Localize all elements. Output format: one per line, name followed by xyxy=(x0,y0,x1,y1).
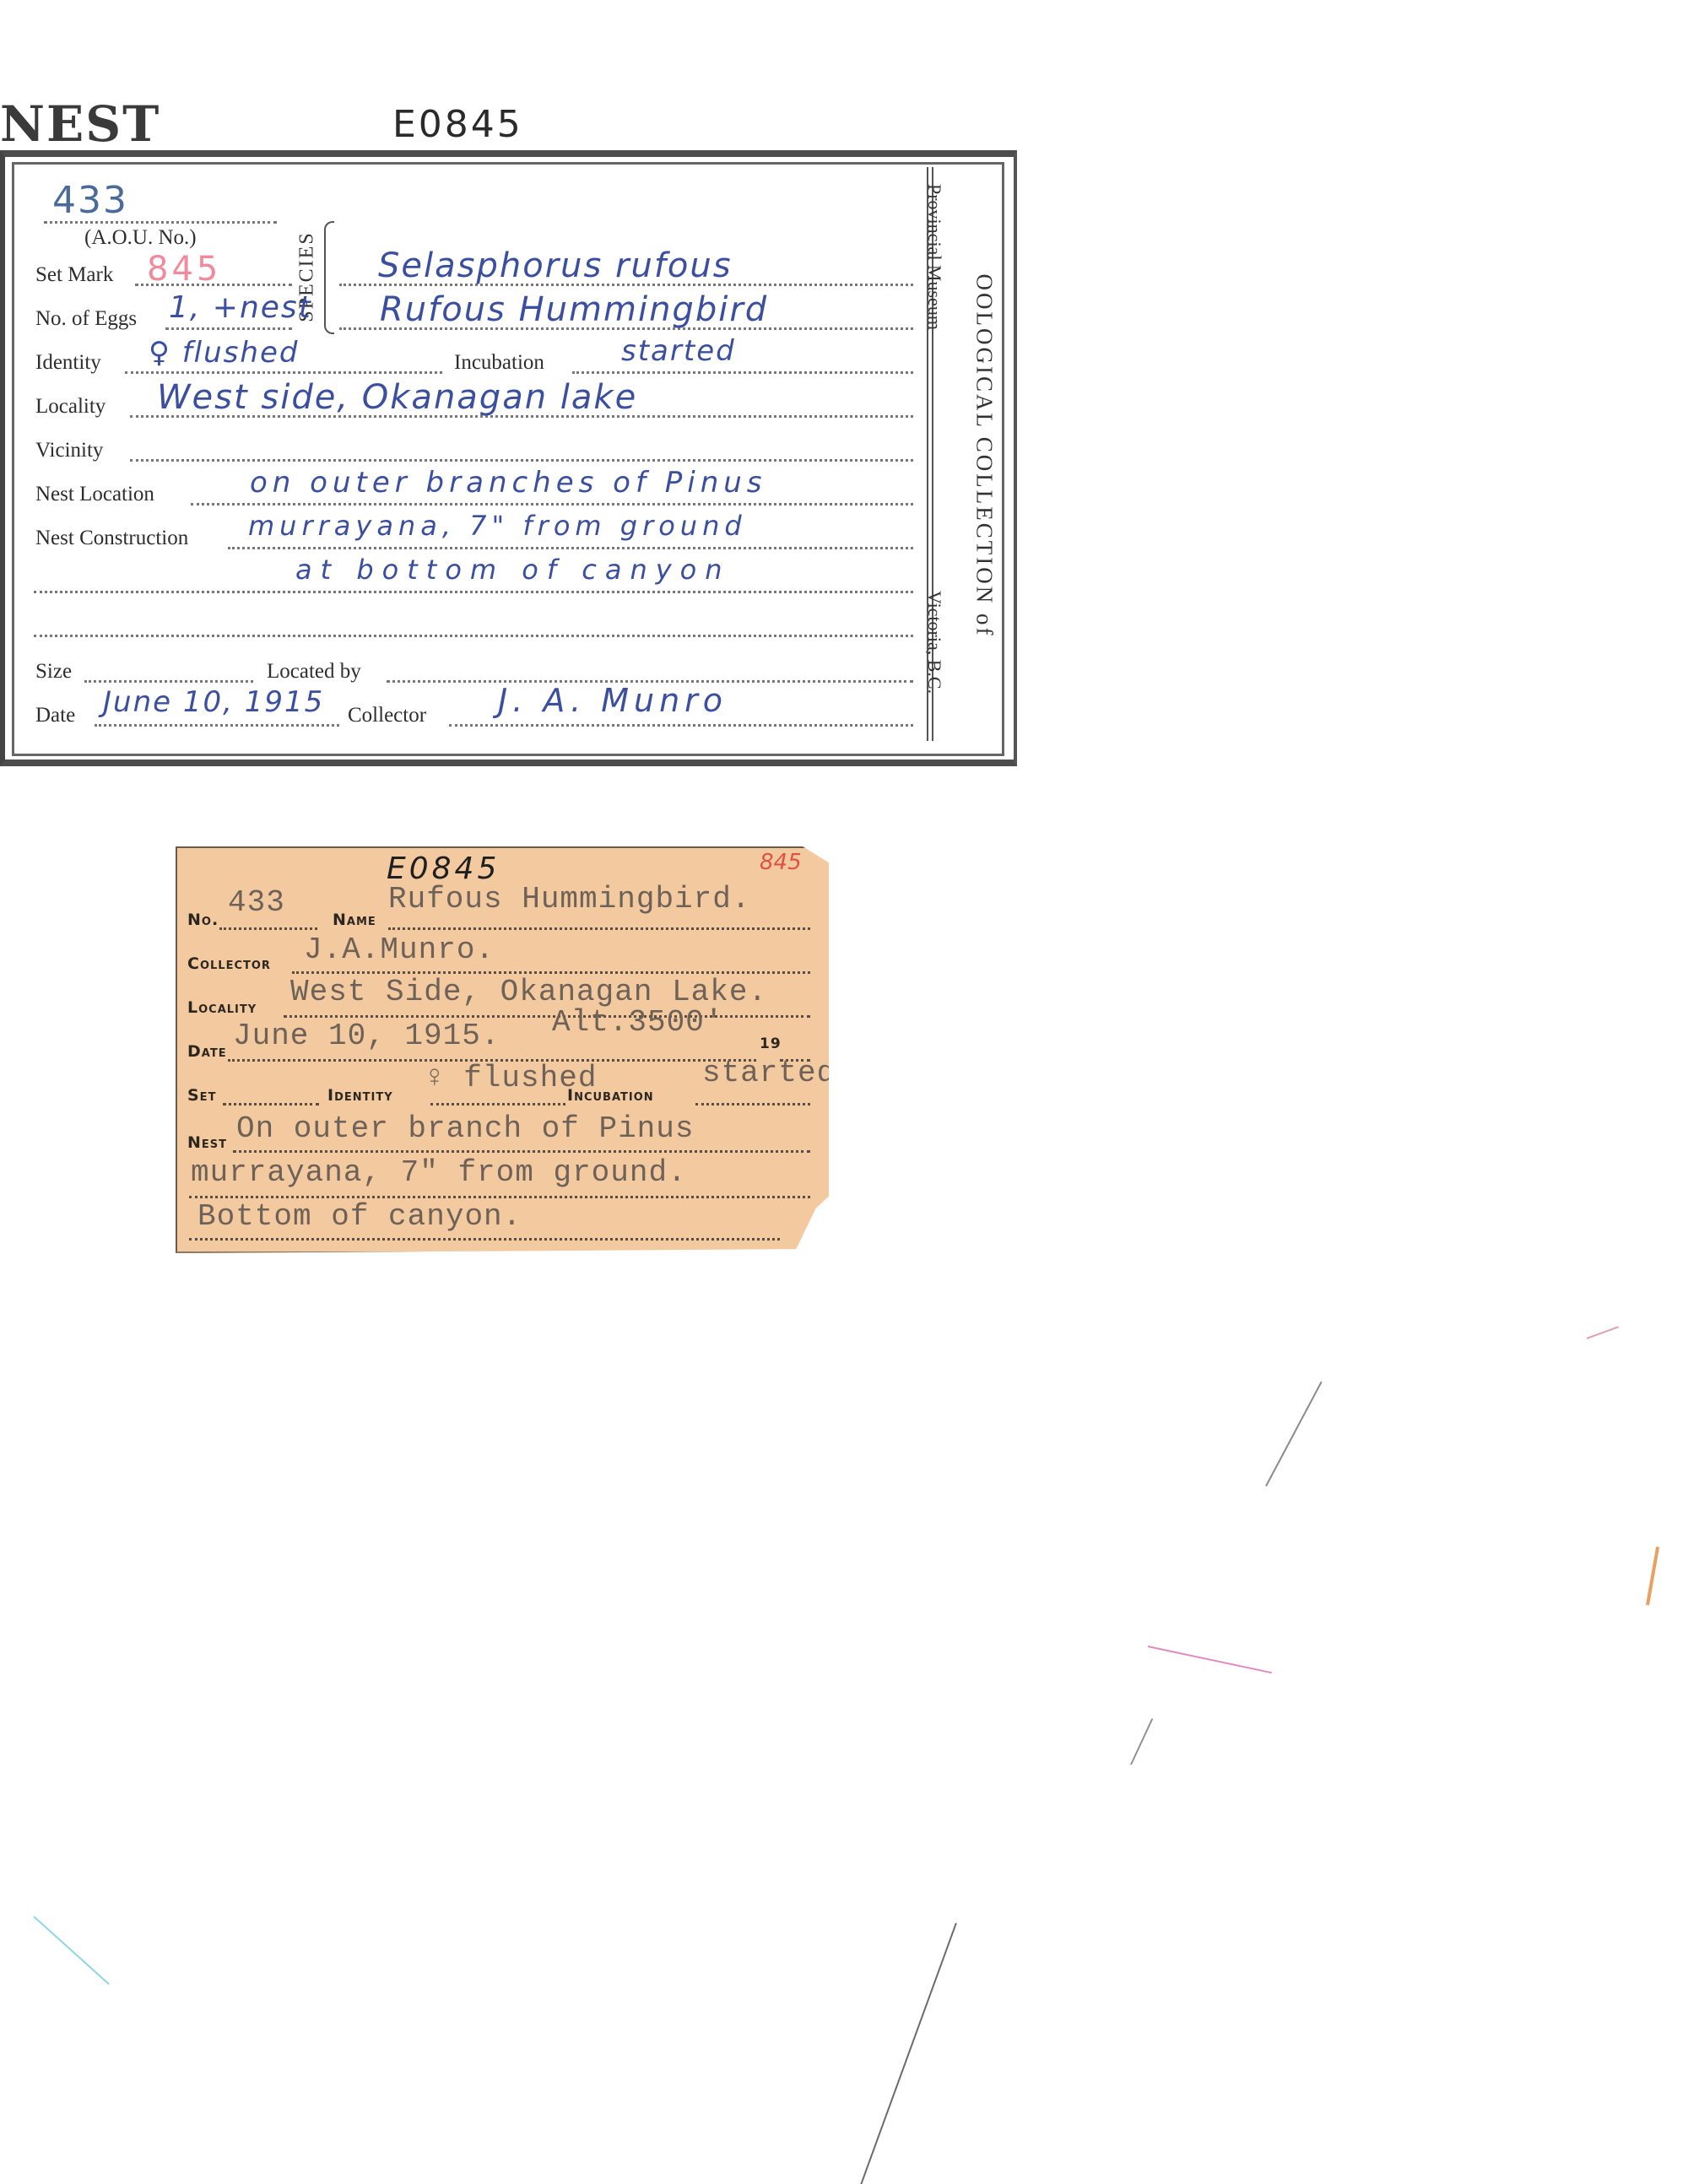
identity-line xyxy=(125,371,442,374)
collector-label: Collector xyxy=(348,704,426,727)
no-value: 433 xyxy=(228,885,285,920)
size-line xyxy=(84,680,253,683)
vicinity-label: Vicinity xyxy=(35,439,103,462)
incubation-label: Incubation xyxy=(567,1086,654,1105)
collector-value: J.A.Munro. xyxy=(304,933,495,967)
set-label: Set xyxy=(187,1086,216,1105)
no-line xyxy=(219,927,317,930)
no-label: No. xyxy=(187,911,219,929)
collector-line xyxy=(449,724,913,727)
nest-label: Nest xyxy=(187,1133,227,1152)
nest-construction-line xyxy=(228,547,913,549)
side-band-museum: Provincial Museum xyxy=(923,184,945,330)
scan-mark-orange xyxy=(1646,1547,1659,1606)
species-common-value: Rufous Hummingbird xyxy=(380,290,768,329)
set-line xyxy=(223,1103,319,1106)
identity-label: Identity xyxy=(327,1086,393,1105)
aou-number-line xyxy=(44,221,277,224)
located-by-label: Located by xyxy=(267,660,361,684)
incubation-line xyxy=(695,1103,810,1106)
set-mark-value: 845 xyxy=(147,250,221,289)
eggs-label: No. of Eggs xyxy=(35,307,137,331)
typed-specimen-card: E0845 845 No. 433 Name Rufous Hummingbir… xyxy=(176,846,829,1253)
side-band-title: OOLOGICAL COLLECTION of xyxy=(971,274,998,638)
nest-location-value: on outer branches of Pinus xyxy=(250,466,767,500)
blank-line xyxy=(34,635,913,637)
scan-mark-line xyxy=(1265,1381,1322,1487)
aou-number-label: (A.O.U. No.) xyxy=(84,226,197,250)
nest-line-2 xyxy=(189,1196,810,1198)
collector-line xyxy=(292,971,810,974)
name-line xyxy=(388,927,810,930)
incubation-line xyxy=(572,371,913,374)
nest-line-2-text: murrayana, 7" from ground. xyxy=(191,1155,687,1190)
date-value: June 10, 1915. xyxy=(233,1019,500,1053)
incubation-value: started xyxy=(702,1056,836,1090)
aou-number-value: 433 xyxy=(52,179,128,222)
typed-card-catalog-number: E0845 xyxy=(387,851,500,886)
altitude-value: Alt.3500' xyxy=(552,1005,723,1040)
species-scientific-value: Selasphorus rufous xyxy=(378,246,733,285)
date-line xyxy=(95,724,339,727)
typed-card-red-mark: 845 xyxy=(760,850,802,875)
scan-mark-pink xyxy=(1148,1646,1272,1673)
locality-label: Locality xyxy=(187,998,257,1017)
nest-construction-label: Nest Construction xyxy=(35,527,188,550)
eggs-value: 1, +nest xyxy=(169,290,312,325)
date-label: Date xyxy=(35,704,75,727)
date-value: June 10, 1915 xyxy=(103,685,324,719)
scan-mark-cyan xyxy=(33,1916,110,1985)
incubation-value: started xyxy=(621,334,736,368)
scan-mark-short xyxy=(1130,1718,1153,1765)
date-year-prefix: 19 xyxy=(760,1035,782,1052)
catalog-number: E0845 xyxy=(392,103,523,146)
identity-line xyxy=(430,1103,565,1106)
nest-construction-value: murrayana, 7" from ground xyxy=(248,510,747,542)
side-band-location: Victoria, B.C. xyxy=(923,591,945,694)
nest-line-1-text: On outer branch of Pinus xyxy=(236,1111,694,1146)
incubation-label: Incubation xyxy=(454,351,544,375)
locality-line xyxy=(284,1015,810,1018)
nest-line-3 xyxy=(189,1238,780,1241)
nest-line-3-text: Bottom of canyon. xyxy=(197,1199,522,1234)
scan-mark-long xyxy=(860,1923,957,2184)
collector-label: Collector xyxy=(187,954,271,973)
collector-value: J. A. Munro xyxy=(498,682,728,719)
nest-line-1 xyxy=(233,1150,810,1153)
eggs-line xyxy=(165,327,292,330)
scan-mark-faint xyxy=(1587,1326,1619,1339)
nest-construction-continuation: at bottom of canyon xyxy=(295,554,731,586)
identity-value: ♀ flushed xyxy=(149,336,299,370)
name-value: Rufous Hummingbird. xyxy=(388,882,750,916)
set-mark-label: Set Mark xyxy=(35,263,113,287)
card-header-nest: NEST xyxy=(0,100,160,149)
locality-value: West Side, Okanagan Lake. xyxy=(290,975,767,1009)
locality-label: Locality xyxy=(35,395,105,419)
date-label: Date xyxy=(187,1042,227,1061)
size-label: Size xyxy=(35,660,72,684)
nest-location-line xyxy=(191,503,913,505)
locality-value: West side, Okanagan lake xyxy=(157,378,637,417)
vicinity-line xyxy=(130,459,913,462)
name-label: Name xyxy=(333,911,376,929)
species-brace xyxy=(324,221,334,334)
identity-label: Identity xyxy=(35,351,101,375)
nest-location-label: Nest Location xyxy=(35,483,154,506)
nest-construction-line-2 xyxy=(34,591,913,593)
